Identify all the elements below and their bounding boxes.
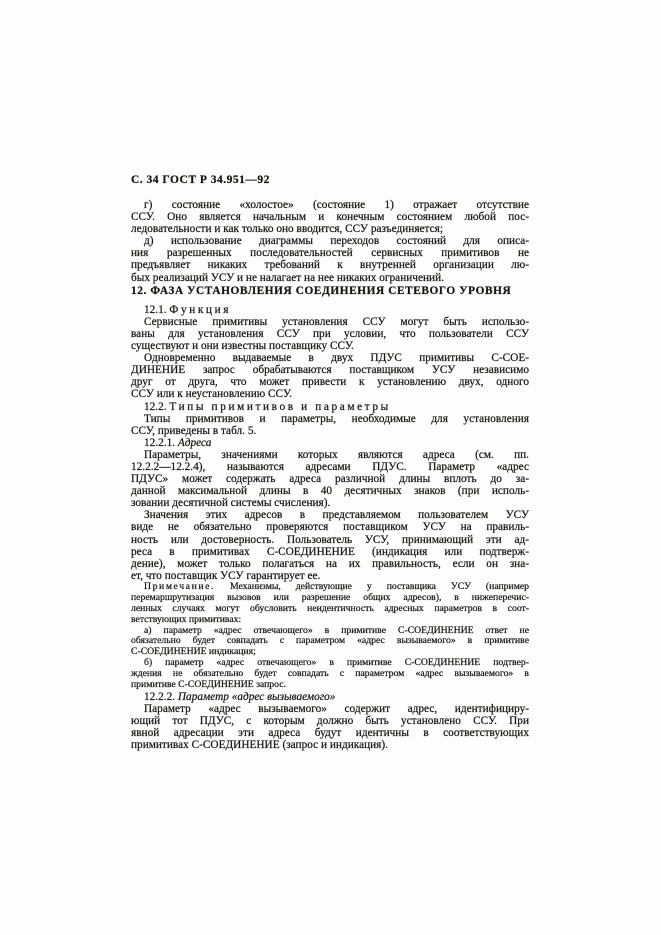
text-segment: примитиве С-СОЕДИНЕНИЕ запрос. bbox=[131, 679, 286, 690]
text-segment: ждения не обязательно будет совпадать с … bbox=[131, 668, 529, 679]
text-line: ющий тот ПДУС, с которым должно быть уст… bbox=[131, 715, 529, 727]
text-line: виде не обязательно проверяются поставщи… bbox=[131, 521, 529, 533]
text-segment: виде не обязательно проверяются поставщи… bbox=[131, 521, 529, 533]
text-segment: Типы примитивов и параметры, необходимые… bbox=[144, 413, 529, 425]
text-column: С. 34 ГОСТ Р 34.951—92 г) состояние «хол… bbox=[131, 174, 529, 751]
note-item-b: б) параметр «адрес отвечающего» в примит… bbox=[131, 658, 529, 691]
text-segment: ность или достоверность. Пользователь УС… bbox=[131, 534, 529, 546]
text-line: ДИНЕНИЕ запрос обрабатываются поставщико… bbox=[131, 364, 529, 376]
document-body: г) состояние «холостое» (состояние 1) от… bbox=[131, 199, 529, 751]
text-segment: 12.1. bbox=[144, 304, 169, 316]
text-segment: б) параметр «адрес отвечающего» в примит… bbox=[144, 657, 529, 668]
text-segment: Адреса bbox=[178, 437, 212, 449]
text-segment: ССУ. Оно является начальным и конечным с… bbox=[131, 211, 529, 223]
text-line: 12.2.2—12.2.4), называются адресами ПДУС… bbox=[131, 461, 529, 473]
text-segment: Механизмы, действующие у поставщика УСУ … bbox=[215, 581, 529, 592]
text-line: ность или достоверность. Пользователь УС… bbox=[131, 534, 529, 546]
text-segment: ДИНЕНИЕ запрос обрабатываются поставщико… bbox=[131, 364, 529, 376]
text-line: 12.2.1. Адреса bbox=[131, 437, 529, 449]
text-line: друг от друга, что может привести к уста… bbox=[131, 376, 529, 388]
text-line: примитиве С-СОЕДИНЕНИЕ запрос. bbox=[131, 680, 529, 691]
text-segment: С-СОЕДИНЕНИЕ индикация; bbox=[131, 646, 256, 657]
text-segment: бых реализаций УСУ и не налагает на нее … bbox=[131, 272, 444, 284]
text-segment: Одновременно выдаваемые в двух ПДУС прим… bbox=[144, 352, 529, 364]
text-segment: ПДУС» может содержать адреса различной д… bbox=[131, 473, 529, 485]
subheading-12-2: 12.2. Типы примитивов и параметры bbox=[131, 401, 529, 413]
text-segment: Примечание. bbox=[144, 581, 215, 592]
scanned-page: С. 34 ГОСТ Р 34.951—92 г) состояние «хол… bbox=[0, 0, 661, 935]
text-segment: ледовательности и как только оно вводитс… bbox=[131, 223, 443, 235]
text-line: 12. ФАЗА УСТАНОВЛЕНИЯ СОЕДИНЕНИЯ СЕТЕВОГ… bbox=[131, 285, 529, 297]
text-line: д) использование диаграммы переходов сос… bbox=[131, 235, 529, 247]
text-segment: ленных случаях могут обусловить неиденти… bbox=[131, 603, 529, 614]
text-segment: Параметр «адрес вызываемого» bbox=[178, 691, 336, 703]
text-line: Значения этих адресов в представляемом п… bbox=[131, 509, 529, 521]
page-header: С. 34 ГОСТ Р 34.951—92 bbox=[131, 174, 529, 186]
text-segment: ваны для установления ССУ при условии, ч… bbox=[131, 328, 529, 340]
text-segment: предъявляет никаких требований к внутрен… bbox=[131, 259, 529, 271]
text-segment: явной адресации эти адреса будут идентич… bbox=[131, 727, 529, 739]
text-segment: данной максимальной длины в 40 десятичны… bbox=[131, 485, 529, 497]
text-line: ССУ, приведены в табл. 5. bbox=[131, 425, 529, 437]
note-intro: Примечание. Механизмы, действующие у пос… bbox=[131, 582, 529, 626]
text-line: ССУ. Оно является начальным и конечным с… bbox=[131, 211, 529, 223]
text-line: явной адресации эти адреса будут идентич… bbox=[131, 727, 529, 739]
text-segment: г) состояние «холостое» (состояние 1) от… bbox=[144, 199, 529, 211]
para-called-address: Параметр «адрес вызываемого» содержит ад… bbox=[131, 703, 529, 751]
text-line: Типы примитивов и параметры, необходимые… bbox=[131, 413, 529, 425]
text-line: бых реализаций УСУ и не налагает на нее … bbox=[131, 272, 529, 284]
subheading-12-2-1: 12.2.1. Адреса bbox=[131, 437, 529, 449]
text-line: 12.2. Типы примитивов и параметры bbox=[131, 401, 529, 413]
para-12-1-body: Сервисные примитивы установления ССУ мог… bbox=[131, 316, 529, 352]
text-segment: 12.2.2. bbox=[144, 691, 178, 703]
text-line: Параметр «адрес вызываемого» содержит ад… bbox=[131, 703, 529, 715]
text-line: Одновременно выдаваемые в двух ПДУС прим… bbox=[131, 352, 529, 364]
text-line: ледовательности и как только оно вводитс… bbox=[131, 223, 529, 235]
text-line: ПДУС» может содержать адреса различной д… bbox=[131, 473, 529, 485]
text-line: данной максимальной длины в 40 десятичны… bbox=[131, 485, 529, 497]
text-segment: 12.2.1. bbox=[144, 437, 178, 449]
text-segment: Типы примитивов и параметры bbox=[169, 401, 390, 413]
text-line: ния разрешенных последовательностей серв… bbox=[131, 247, 529, 259]
text-segment: реса в примитивах С-СОЕДИНЕНИЕ (индикаци… bbox=[131, 546, 529, 558]
text-segment: существуют и они известны поставщику ССУ… bbox=[131, 340, 354, 352]
text-segment: дение), может только полагаться на их пр… bbox=[131, 558, 529, 570]
text-line: г) состояние «холостое» (состояние 1) от… bbox=[131, 199, 529, 211]
text-segment: Параметр «адрес вызываемого» содержит ад… bbox=[144, 703, 529, 715]
text-segment: Функция bbox=[169, 304, 231, 316]
text-line: Параметры, значениями которых являются а… bbox=[131, 449, 529, 461]
text-segment: 12.2. bbox=[144, 401, 169, 413]
text-segment: д) использование диаграммы переходов сос… bbox=[144, 235, 529, 247]
text-segment: друг от друга, что может привести к уста… bbox=[131, 376, 529, 388]
text-line: дение), может только полагаться на их пр… bbox=[131, 558, 529, 570]
text-line: существуют и они известны поставщику ССУ… bbox=[131, 340, 529, 352]
text-segment: ющий тот ПДУС, с которым должно быть уст… bbox=[131, 715, 529, 727]
text-line: 12.1. Функция bbox=[131, 304, 529, 316]
text-segment: Значения этих адресов в представляемом п… bbox=[144, 509, 529, 521]
text-line: зовании десятичной системы счисления). bbox=[131, 497, 529, 509]
para-simultaneous-primitives: Одновременно выдаваемые в двух ПДУС прим… bbox=[131, 352, 529, 400]
text-segment: 12.2.2—12.2.4), называются адресами ПДУС… bbox=[131, 461, 529, 473]
text-line: ССУ или к неустановлению ССУ. bbox=[131, 388, 529, 400]
para-state-diagrams: д) использование диаграммы переходов сос… bbox=[131, 235, 529, 283]
text-segment: а) параметр «адрес отвечающего» в примит… bbox=[144, 625, 529, 636]
para-addresses-2: Значения этих адресов в представляемом п… bbox=[131, 509, 529, 582]
text-line: предъявляет никаких требований к внутрен… bbox=[131, 259, 529, 271]
text-line: примитивах С-СОЕДИНЕНИЕ (запрос и индика… bbox=[131, 739, 529, 751]
text-segment: Параметры, значениями которых являются а… bbox=[144, 449, 529, 461]
text-segment: обязательно будет совпадать с параметром… bbox=[131, 635, 529, 646]
text-line: реса в примитивах С-СОЕДИНЕНИЕ (индикаци… bbox=[131, 546, 529, 558]
para-12-2-body: Типы примитивов и параметры, необходимые… bbox=[131, 413, 529, 437]
text-segment: зовании десятичной системы счисления). bbox=[131, 497, 330, 509]
text-segment: ния разрешенных последовательностей серв… bbox=[131, 247, 529, 259]
note-item-a: а) параметр «адрес отвечающего» в примит… bbox=[131, 626, 529, 659]
section-heading-12: 12. ФАЗА УСТАНОВЛЕНИЯ СОЕДИНЕНИЯ СЕТЕВОГ… bbox=[131, 285, 529, 297]
text-segment: ССУ, приведены в табл. 5. bbox=[131, 425, 256, 437]
text-line: 12.2.2. Параметр «адрес вызываемого» bbox=[131, 691, 529, 703]
text-segment: примитивах С-СОЕДИНЕНИЕ (запрос и индика… bbox=[131, 739, 388, 751]
text-segment: ССУ или к неустановлению ССУ. bbox=[131, 388, 292, 400]
subheading-12-1: 12.1. Функция bbox=[131, 304, 529, 316]
text-segment: 12. ФАЗА УСТАНОВЛЕНИЯ СОЕДИНЕНИЯ СЕТЕВОГ… bbox=[131, 285, 511, 297]
text-segment: ветствующих примитивах: bbox=[131, 614, 241, 625]
text-line: ваны для установления ССУ при условии, ч… bbox=[131, 328, 529, 340]
para-state-idle: г) состояние «холостое» (состояние 1) от… bbox=[131, 199, 529, 235]
subheading-12-2-2: 12.2.2. Параметр «адрес вызываемого» bbox=[131, 691, 529, 703]
text-line: Сервисные примитивы установления ССУ мог… bbox=[131, 316, 529, 328]
text-segment: перемаршрутизация вызовов или разрешение… bbox=[131, 592, 529, 603]
para-addresses-1: Параметры, значениями которых являются а… bbox=[131, 449, 529, 509]
text-segment: Сервисные примитивы установления ССУ мог… bbox=[144, 316, 529, 328]
